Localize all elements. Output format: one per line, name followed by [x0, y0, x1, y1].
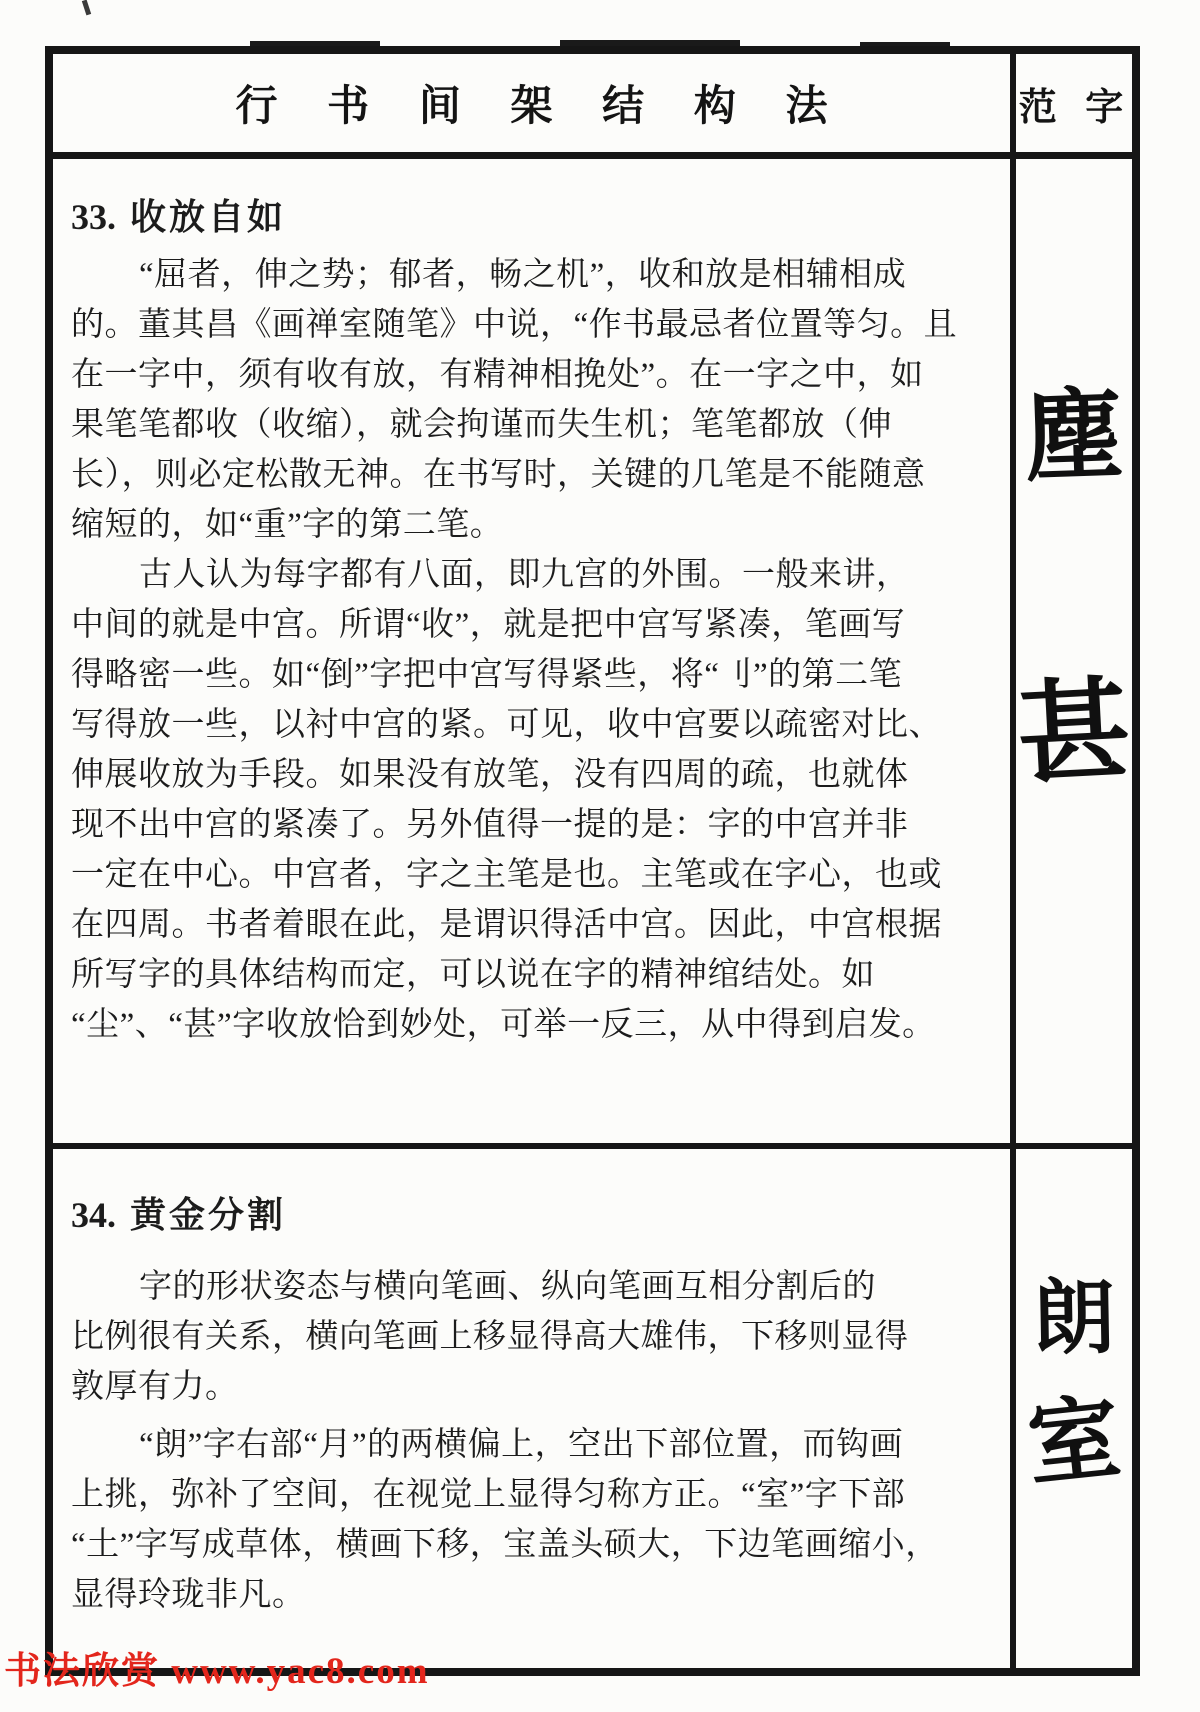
text-line: 在四周。书者着眼在此，是谓识得活中宫。因此，中宫根据: [71, 900, 1010, 950]
text-line: “朗”字右部“月”的两横偏上，空出下部位置，而钩画: [71, 1420, 1010, 1470]
section-33-paragraph-1: “屈者，伸之势；郁者，畅之机”，收和放是相辅相成的。董其昌《画禅室随笔》中说，“…: [71, 250, 1010, 550]
example-column-label: 范 字: [1019, 76, 1130, 131]
page-content: 行 书 间 架 结 构 法 范 字 33.收放自如 “屈者，伸之势；郁者，畅之机…: [53, 54, 1132, 1668]
text-line: 现不出中宫的紧凑了。另外值得一提的是：字的中宫并非: [71, 800, 1010, 850]
section-34-title: 黄金分割: [130, 1194, 286, 1235]
header-divider-line: [53, 152, 1132, 159]
section-33-paragraph-2: 古人认为每字都有八面，即九宫的外围。一般来讲，中间的就是中宫。所谓“收”，就是把…: [71, 550, 1010, 1050]
text-line: 所写字的具体结构而定，可以说在字的精神绾结处。如: [71, 950, 1010, 1000]
text-line: “土”字写成草体，横画下移，宝盖头硕大，下边笔画缩小，: [71, 1520, 1010, 1570]
text-line: 上挑，弥补了空间，在视觉上显得匀称方正。“室”字下部: [71, 1470, 1010, 1520]
text-line: 长），则必定松散无神。在书写时，关键的几笔是不能随意: [71, 450, 1010, 500]
section-34-paragraph-2: “朗”字右部“月”的两横偏上，空出下部位置，而钩画上挑，弥补了空间，在视觉上显得…: [71, 1420, 1010, 1620]
text-line: 显得玲珑非凡。: [71, 1570, 1010, 1620]
text-line: “屈者，伸之势；郁者，畅之机”，收和放是相辅相成: [71, 250, 1010, 300]
text-line: 果笔笔都收（收缩），就会拘谨而失生机；笔笔都放（伸: [71, 400, 1010, 450]
page-title: 行 书 间 架 结 构 法: [223, 73, 839, 133]
text-line: 伸展收放为手段。如果没有放笔，没有四周的疏，也就体: [71, 750, 1010, 800]
page-border-frame: 行 书 间 架 结 构 法 范 字 33.收放自如 “屈者，伸之势；郁者，畅之机…: [45, 46, 1140, 1676]
text-line: 写得放一些，以衬中宫的紧。可见，收中宫要以疏密对比、: [71, 700, 1010, 750]
text-line: 敦厚有力。: [71, 1362, 1010, 1412]
text-line: “尘”、“甚”字收放恰到妙处，可举一反三，从中得到启发。: [71, 1000, 1010, 1050]
text-line: 在一字中，须有收有放，有精神相挽处”。在一字之中，如: [71, 350, 1010, 400]
section-34-paragraph-1: 字的形状姿态与横向笔画、纵向笔画互相分割后的比例很有关系，横向笔画上移显得高大雄…: [71, 1262, 1010, 1412]
section-34-number: 34.: [71, 1195, 116, 1235]
text-line: 比例很有关系，横向笔画上移显得高大雄伟，下移则显得: [71, 1312, 1010, 1362]
text-line: 得略密一些。如“倒”字把中宫写得紧些，将“刂”的第二笔: [71, 650, 1010, 700]
section-33-heading: 33.收放自如: [71, 192, 1010, 242]
text-line: 古人认为每字都有八面，即九宫的外围。一般来讲，: [71, 550, 1010, 600]
section-33-number: 33.: [71, 197, 116, 237]
text-line: 中间的就是中宫。所谓“收”，就是把中宫写紧凑，笔画写: [71, 600, 1010, 650]
scan-speck-artifact: [82, 0, 91, 15]
site-watermark: 书法欣赏 www.yac8.com: [4, 1640, 430, 1694]
main-text-column: 33.收放自如 “屈者，伸之势；郁者，畅之机”，收和放是相辅相成的。董其昌《画禅…: [53, 159, 1010, 1620]
header-title-cell: 行 书 间 架 结 构 法: [53, 54, 1010, 152]
section-33-title: 收放自如: [130, 196, 286, 237]
scanned-book-page: 行 书 间 架 结 构 法 范 字 33.收放自如 “屈者，伸之势；郁者，畅之机…: [0, 0, 1200, 1712]
calligraphy-example-shi: 室: [1012, 1390, 1137, 1494]
calligraphy-example-shen: 甚: [1013, 675, 1135, 793]
header-right-cell: 范 字: [1016, 54, 1132, 152]
text-line: 缩短的，如“重”字的第二笔。: [71, 500, 1010, 550]
text-line: 的。董其昌《画禅室随笔》中说，“作书最忌者位置等匀。且: [71, 300, 1010, 350]
calligraphy-example-chen: 塵: [1014, 386, 1133, 490]
text-line: 一定在中心。中宫者，字之主笔是也。主笔或在字心，也或: [71, 850, 1010, 900]
text-line: 字的形状姿态与横向笔画、纵向笔画互相分割后的: [71, 1262, 1010, 1312]
calligraphy-example-lang: 朗: [1015, 1277, 1132, 1361]
section-34-heading: 34.黄金分割: [71, 1190, 1010, 1240]
